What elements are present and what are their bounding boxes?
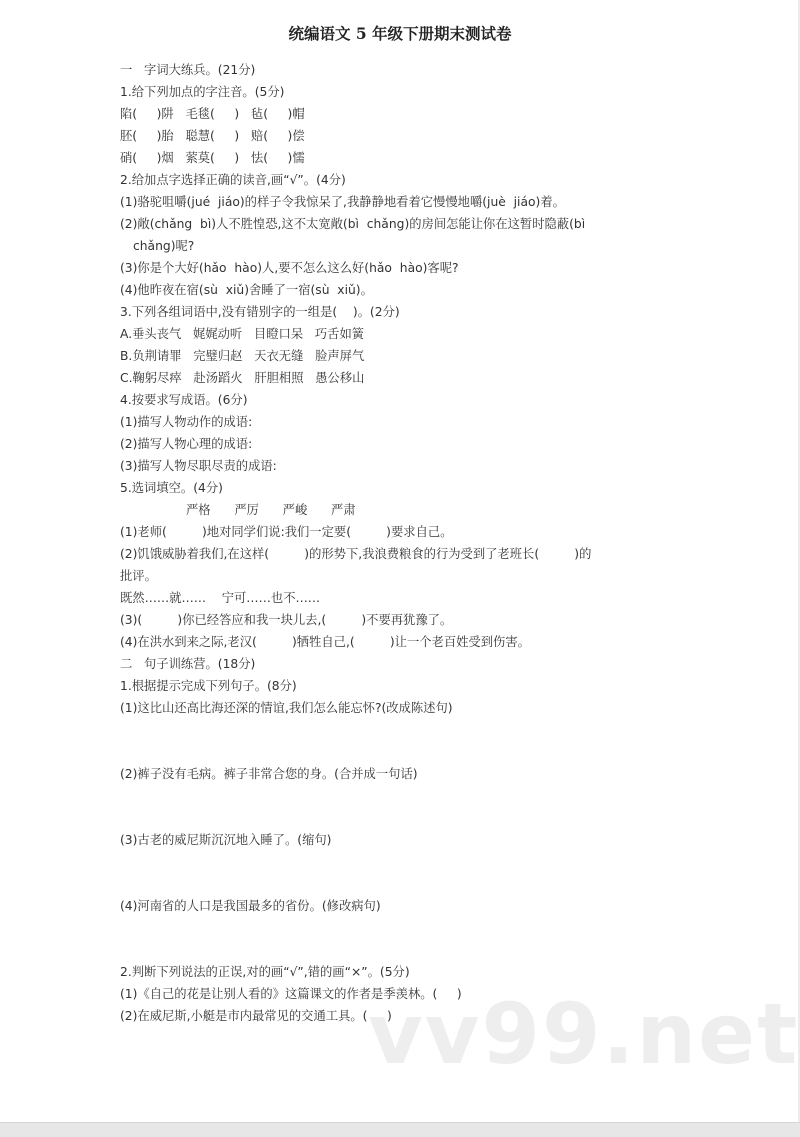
question-prompt: 5.选词填空。(4分) [120,480,223,496]
question-prompt: 1.根据提示完成下列句子。(8分) [120,678,297,694]
section-heading: 一 字词大练兵。(21分) [120,62,255,78]
question-item: (4)河南省的人口是我国最多的省份。(修改病句) [120,898,381,914]
exam-page: vv99.net 统编语文 5 年级下册期末测试卷 一 字词大练兵。(21分) … [0,0,800,1120]
option-b: B.负荆请罪 完璧归赵 天衣无缝 脸声屏气 [120,348,364,364]
page-bottom-border [0,1122,800,1137]
question-item: (2)在威尼斯,小艇是市内最常见的交通工具。( ) [120,1008,392,1024]
question-item: (1)这比山还高比海还深的情谊,我们怎么能忘怀?(改成陈述句) [120,700,453,716]
question-item: (1)老师( )地对同学们说:我们一定要( )要求自己。 [120,524,452,540]
question-prompt: 4.按要求写成语。(6分) [120,392,248,408]
question-item: (2)饥饿威胁着我们,在这样( )的形势下,我浪费粮食的行为受到了老班长( )的 [120,546,591,562]
question-item: (2)裤子没有毛病。裤子非常合您的身。(合并成一句话) [120,766,418,782]
option-a: A.垂头丧气 娓娓动听 目瞪口呆 巧舌如簧 [120,326,364,342]
question-prompt: 2.判断下列说法的正误,对的画“√”,错的画“×”。(5分) [120,964,410,980]
question-item: (2)描写人物心理的成语: [120,436,252,452]
page-title: 统编语文 5 年级下册期末测试卷 [0,22,800,44]
question-item: (3)古老的威尼斯沉沉地入睡了。(缩句) [120,832,331,848]
question-item: (1)描写人物动作的成语: [120,414,252,430]
pinyin-row: 胚( )胎 聪慧( ) 赔( )偿 [120,128,305,144]
question-prompt: 3.下列各组词语中,没有错别字的一组是( )。(2分) [120,304,400,320]
question-item: (3)描写人物尽职尽责的成语: [120,458,277,474]
question-item: 批评。 [120,568,157,584]
question-item: (1)骆驼咀嚼(jué jiáo)的样子令我惊呆了,我静静地看着它慢慢地嚼(ju… [120,194,565,210]
question-item: (1)《自己的花是让别人看的》这篇课文的作者是季羡林。( ) [120,986,462,1002]
word-bank: 严格 严厉 严峻 严肃 [186,502,356,518]
question-item: (4)在洪水到来之际,老汉( )牺牲自己,( )让一个老百姓受到伤害。 [120,634,530,650]
pinyin-row: 陷( )阱 毛毯( ) 毡( )帽 [120,106,305,122]
question-prompt: 2.给加点字选择正确的读音,画“√”。(4分) [120,172,346,188]
option-c: C.鞠躬尽瘁 赴汤蹈火 肝胆相照 愚公移山 [120,370,364,386]
question-item: (2)敞(chǎng bì)人不胜惶恐,这不太宽敞(bì chǎng)的房间怎能… [120,216,585,232]
section-heading: 二 句子训练营。(18分) [120,656,255,672]
question-prompt: 1.给下列加点的字注音。(5分) [120,84,284,100]
question-item: (3)( )你已经答应和我一块儿去,( )不要再犹豫了。 [120,612,452,628]
conjunction-bank: 既然……就…… 宁可……也不…… [120,590,320,606]
question-item: (3)你是个大好(hǎo hào)人,要不怎么这么好(hǎo hào)客呢? [120,260,459,276]
pinyin-row: 硝( )烟 萦莫( ) 怯( )懦 [120,150,305,166]
question-item: (4)他昨夜在宿(sù xiǔ)舍睡了一宿(sù xiǔ)。 [120,282,373,298]
question-item: chǎng)呢? [133,238,194,254]
